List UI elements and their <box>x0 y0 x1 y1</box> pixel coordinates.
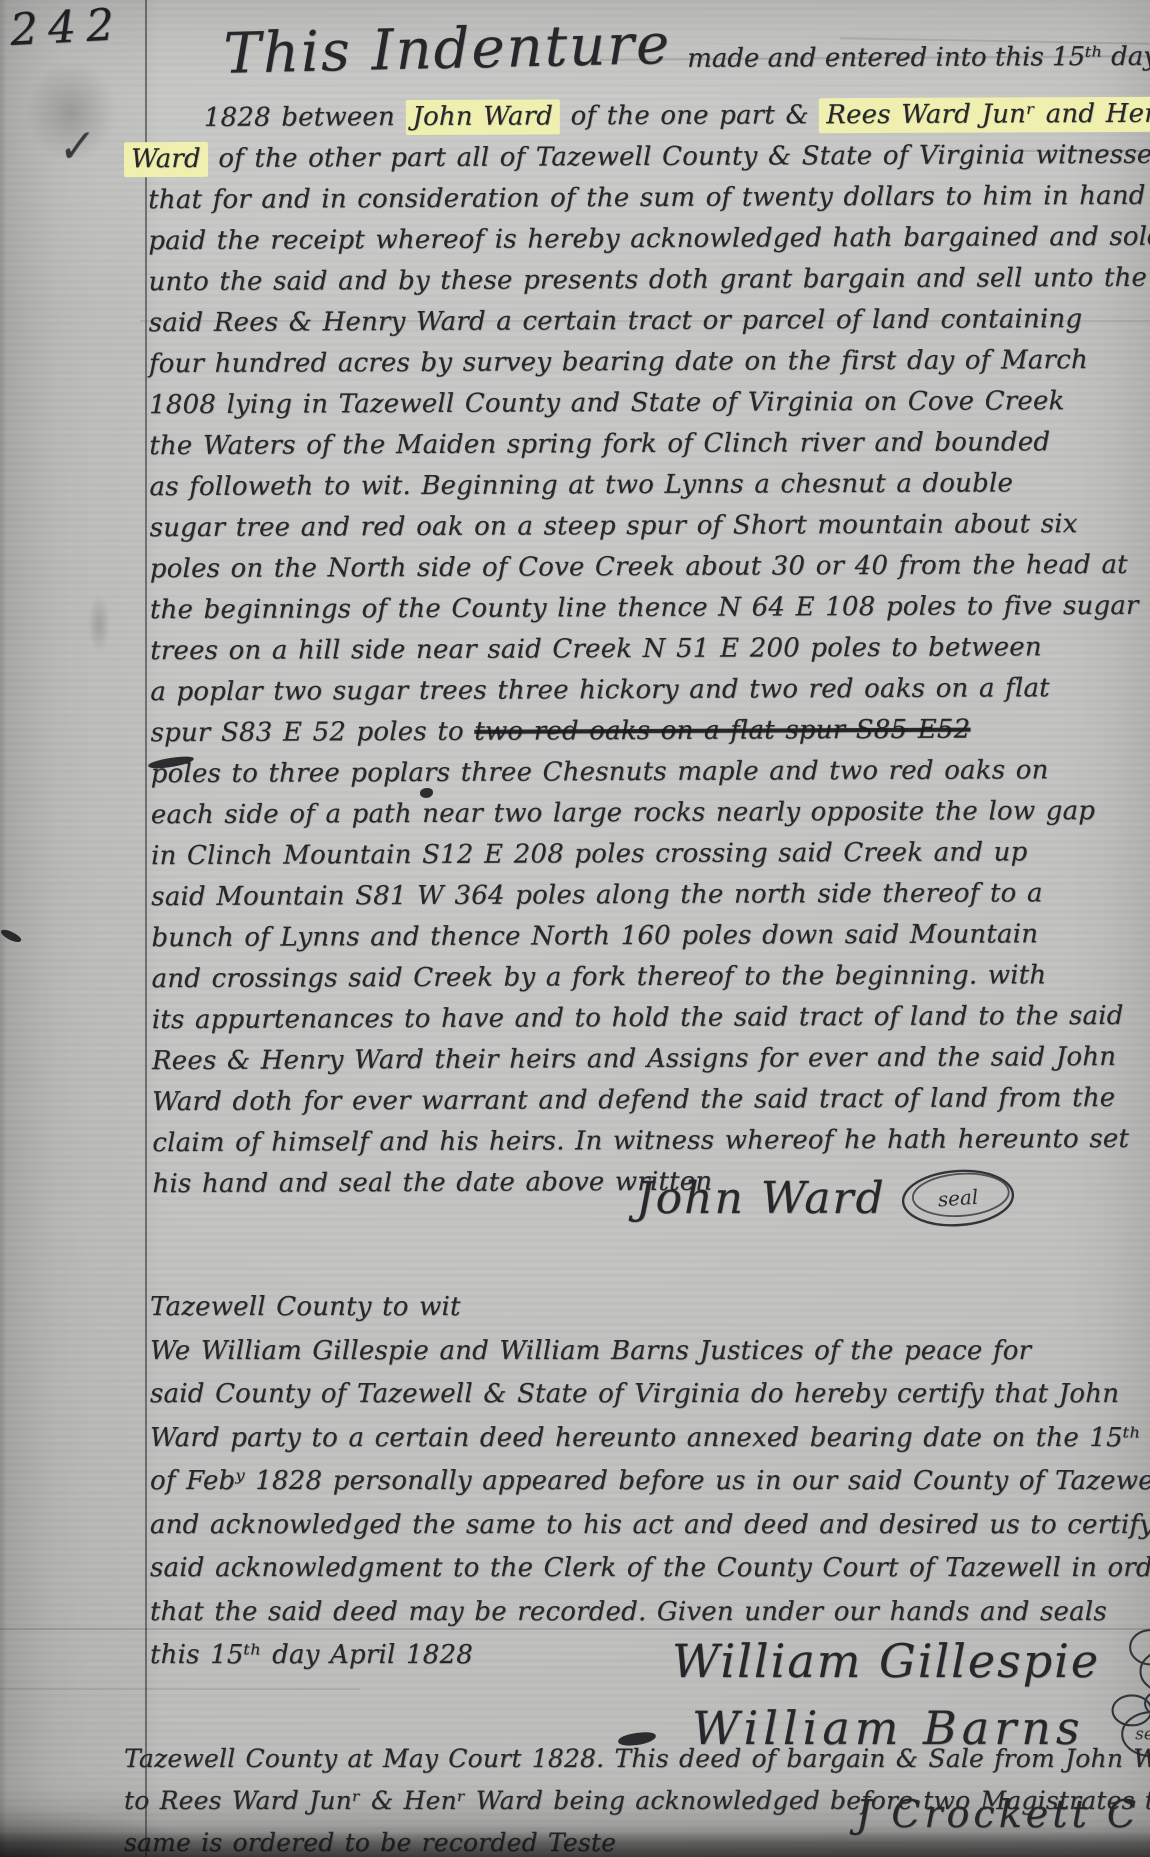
deed-line: poles on the North side of Cove Creek ab… <box>150 545 1142 590</box>
seal-text: seal <box>937 1185 979 1212</box>
highlight-john-ward: John Ward <box>405 99 560 135</box>
certification-line: and acknowledged the same to his act and… <box>150 1504 1142 1548</box>
deed-line: Ward doth for ever warrant and defend th… <box>152 1078 1144 1123</box>
certification-line: of Febʸ 1828 personally appeared before … <box>150 1460 1142 1504</box>
deed-opening-script: This Indenture <box>223 12 672 87</box>
deed-line-text: of the one part & <box>570 100 808 131</box>
deed-line: paid the receipt whereof is hereby ackno… <box>148 217 1140 262</box>
scan-streak <box>0 1688 360 1690</box>
deed-line: This Indenture made and entered into thi… <box>147 14 1139 98</box>
deed-line: poles to three poplars three Chesnuts ma… <box>151 750 1143 795</box>
deed-line: claim of himself and his heirs. In witne… <box>152 1119 1144 1164</box>
ink-blot <box>0 927 23 944</box>
deed-line: each side of a path near two large rocks… <box>151 791 1143 836</box>
deed-line: 1828 between John Ward of the one part &… <box>148 94 1140 139</box>
deed-line: in Clinch Mountain S12 E 208 poles cross… <box>151 832 1143 877</box>
deed-line: and crossings said Creek by a fork there… <box>152 955 1144 1000</box>
deed-line: four hundred acres by survey bearing dat… <box>149 340 1141 385</box>
certification-line: said acknowledgment to the Clerk of the … <box>150 1547 1142 1591</box>
deed-line: sugar tree and red oak on a steep spur o… <box>150 504 1142 549</box>
page-number: 242 <box>9 0 125 56</box>
john-ward-signature-row: John Ward seal <box>636 1168 1018 1228</box>
certification-line: Tazewell County to wit <box>150 1286 1142 1330</box>
certification-line: Ward party to a certain deed hereunto an… <box>150 1417 1142 1461</box>
deed-line: said Mountain S81 W 364 poles along the … <box>151 873 1143 918</box>
deed-line-text: spur S83 E 52 poles to <box>150 717 463 748</box>
deed-line-text: of the other part all of Tazewell County… <box>218 140 1150 174</box>
deed-line: that for and in consideration of the sum… <box>148 176 1140 221</box>
scanned-page: 242 ✓ This Indenture made and entered in… <box>0 0 1150 1857</box>
deed-line-text: made and entered into this 15ᵗʰ day of F… <box>687 41 1150 73</box>
clerk-signature: J Crockett C T. C <box>856 1792 1150 1836</box>
deed-line: 1808 lying in Tazewell County and State … <box>149 381 1141 426</box>
gillespie-signature: William Gillespie <box>672 1634 1100 1688</box>
john-ward-signature: John Ward <box>636 1173 886 1224</box>
deed-line: the beginnings of the County line thence… <box>150 586 1142 631</box>
highlight-rees-henry: Rees Ward Junʳ and Henry <box>819 97 1150 134</box>
seal-flourish: seal <box>898 1164 1020 1232</box>
deed-line-text: 1828 between <box>204 102 395 133</box>
deed-line: as followeth to wit. Beginning at two Ly… <box>149 463 1141 508</box>
record-line: Tazewell County at May Court 1828. This … <box>124 1738 1144 1780</box>
deed-line: Ward of the other part all of Tazewell C… <box>124 135 1140 180</box>
margin-checkmark: ✓ <box>53 120 95 173</box>
deed-line: unto the said and by these presents doth… <box>148 258 1140 303</box>
certification-line: said County of Tazewell & State of Virgi… <box>150 1373 1142 1417</box>
deed-body: This Indenture made and entered into thi… <box>147 14 1144 1205</box>
deed-line: bunch of Lynns and thence North 160 pole… <box>151 914 1143 959</box>
page-bottom-shadow <box>0 1831 1150 1857</box>
deed-line: spur S83 E 52 poles to two red oaks on a… <box>150 709 1142 754</box>
deed-line: Rees & Henry Ward their heirs and Assign… <box>152 1037 1144 1082</box>
certification-line: We William Gillespie and William Barns J… <box>150 1330 1142 1374</box>
paper-smudge <box>84 585 114 663</box>
deed-line: said Rees & Henry Ward a certain tract o… <box>149 299 1141 344</box>
highlight-ward: Ward <box>124 142 208 177</box>
margin-rule-line <box>145 0 147 1857</box>
struck-text: two red oaks on a flat spur S85 E52 <box>474 715 970 747</box>
deed-line: trees on a hill side near said Creek N 5… <box>150 627 1142 672</box>
deed-line: the Waters of the Maiden spring fork of … <box>149 422 1141 467</box>
deed-line: a poplar two sugar trees three hickory a… <box>150 668 1142 713</box>
deed-line: its appurtenances to have and to hold th… <box>152 996 1144 1041</box>
